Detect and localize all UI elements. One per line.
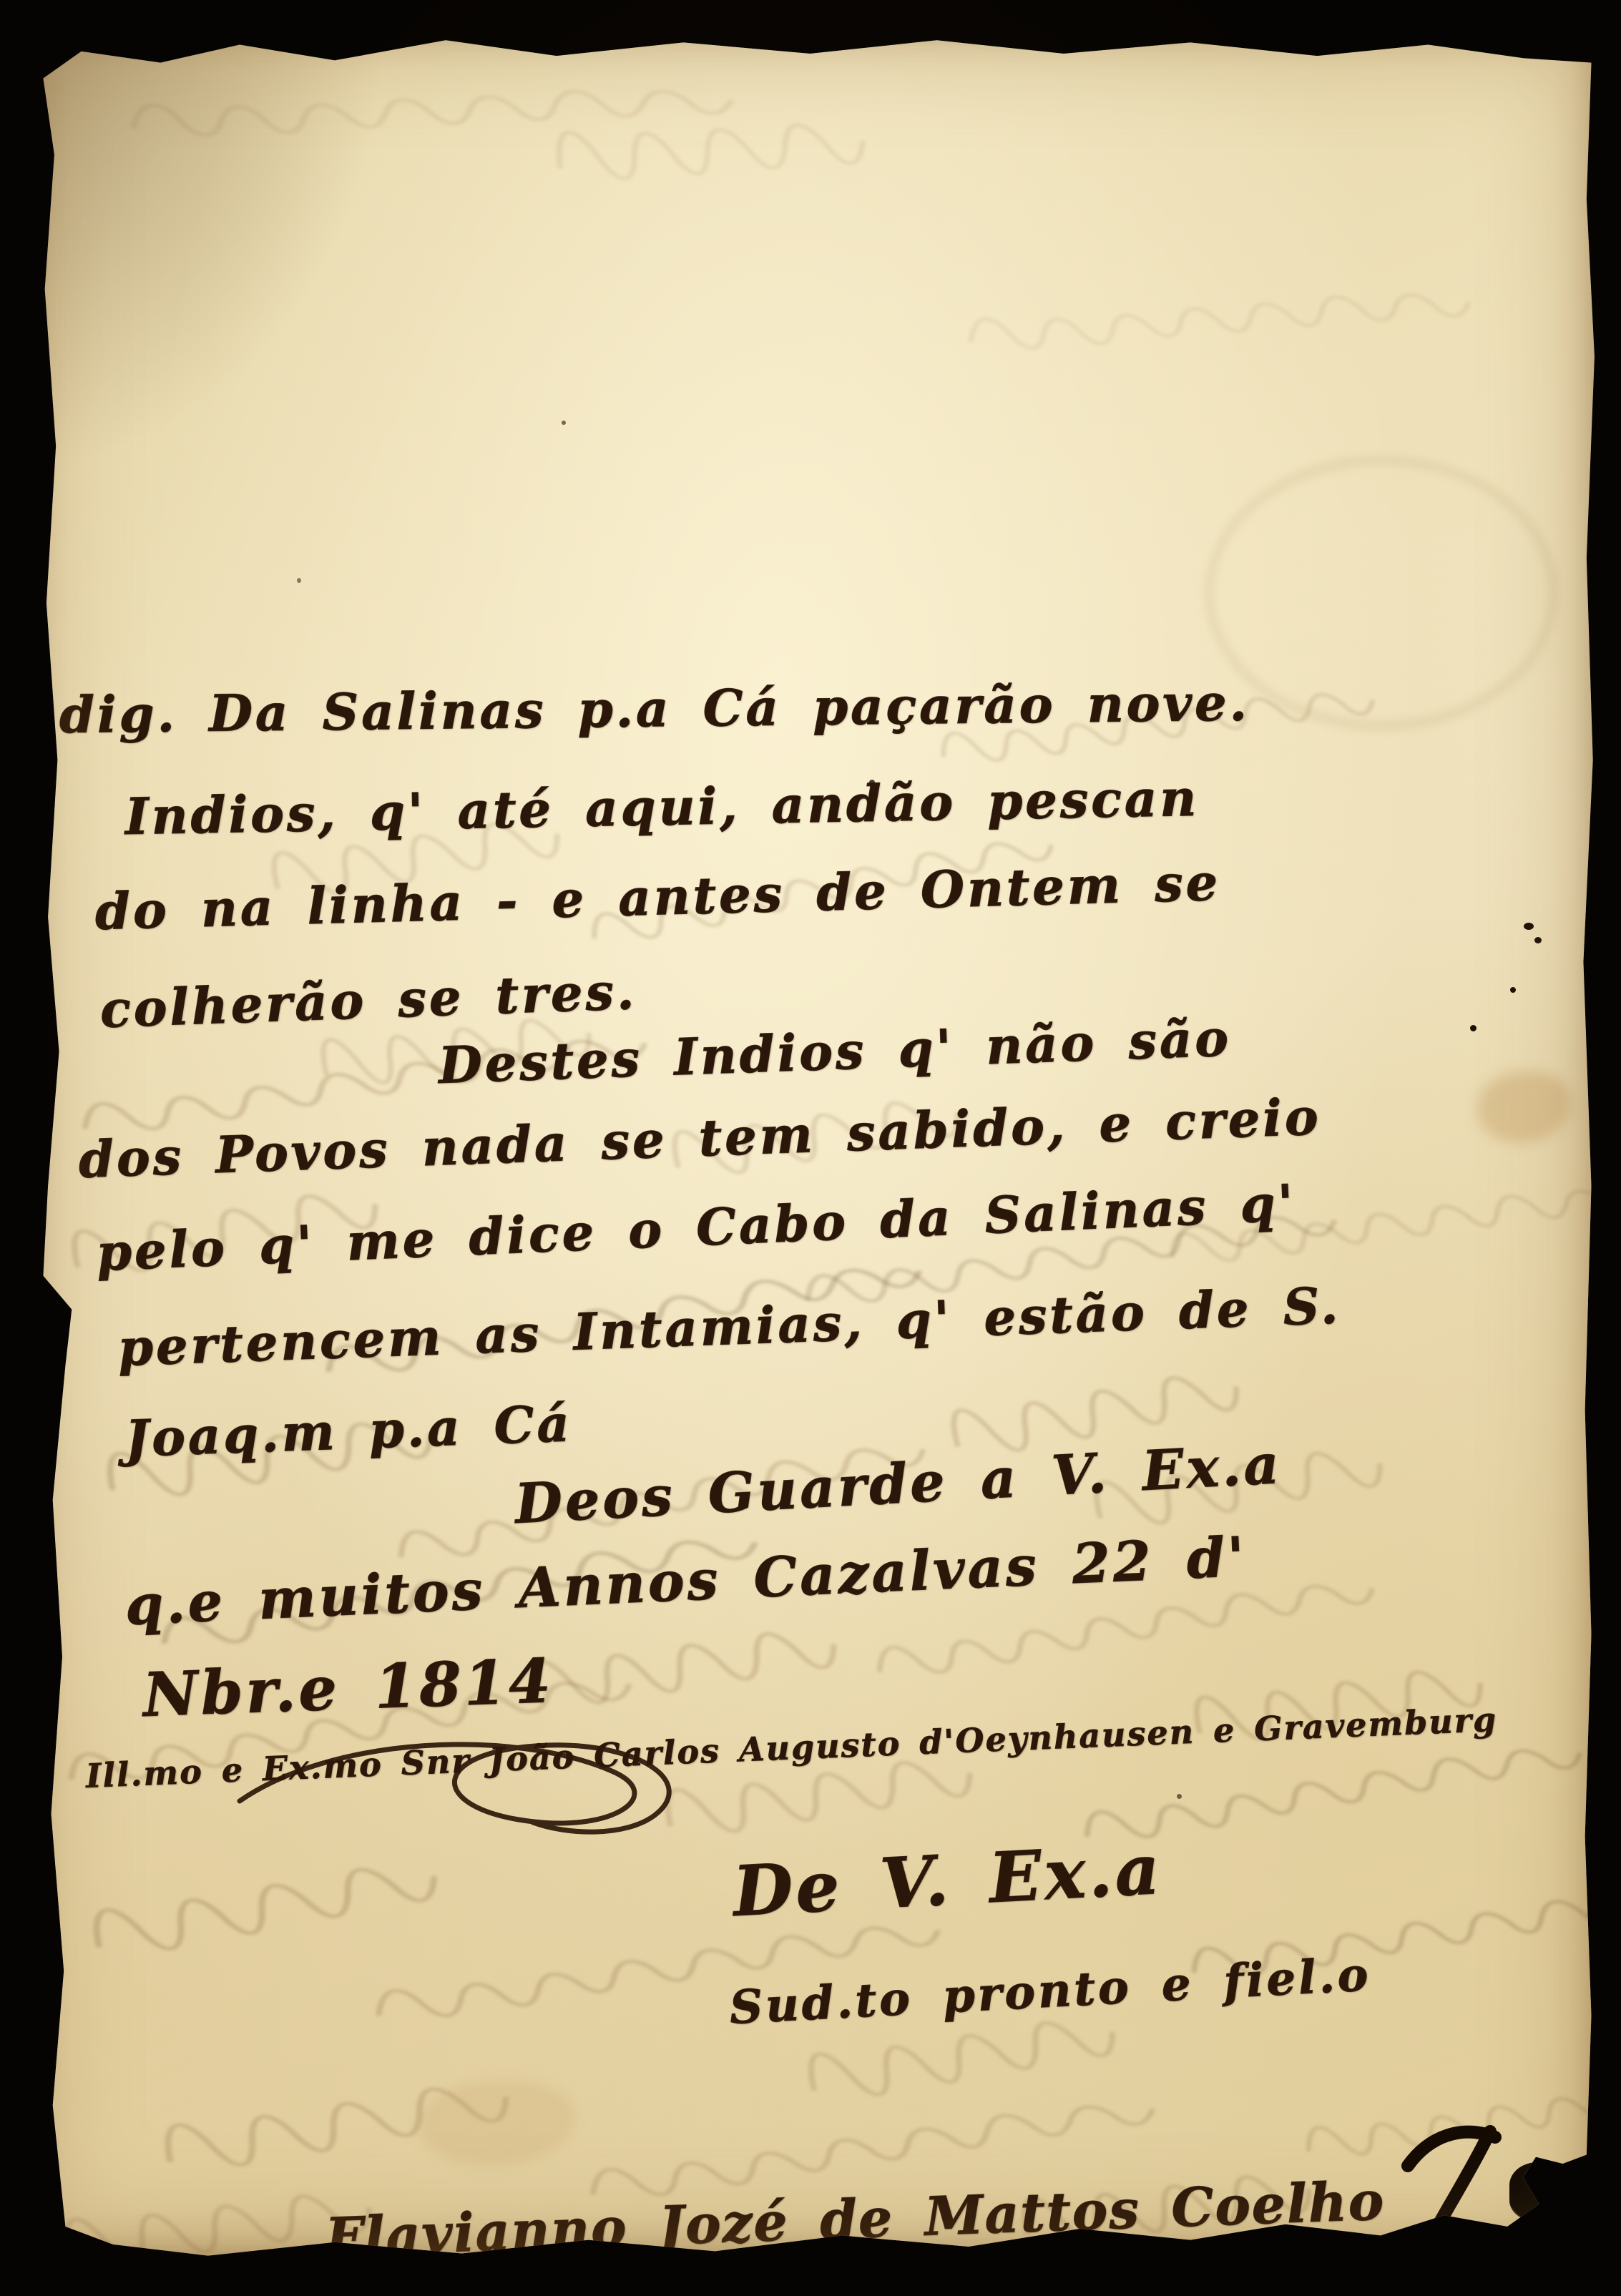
ink-speck (1534, 937, 1542, 943)
ink-speck (297, 578, 301, 583)
manuscript-line-12: Nbr.e 1814 (142, 1645, 554, 1730)
ink-speck (1510, 987, 1516, 993)
manuscript-page: dig. Da Salinas p.a Cá paçarão nove. Ind… (18, 20, 1602, 2262)
manuscript-line-1: dig. Da Salinas p.a Cá paçarão nove. (59, 673, 1250, 745)
ink-speck (1470, 1025, 1476, 1031)
ink-speck (1177, 1794, 1182, 1799)
ink-blot (1509, 2162, 1581, 2221)
ink-speck (1524, 923, 1534, 930)
ink-speck (562, 421, 566, 425)
photo-backdrop: dig. Da Salinas p.a Cá paçarão nove. Ind… (0, 0, 1621, 2296)
